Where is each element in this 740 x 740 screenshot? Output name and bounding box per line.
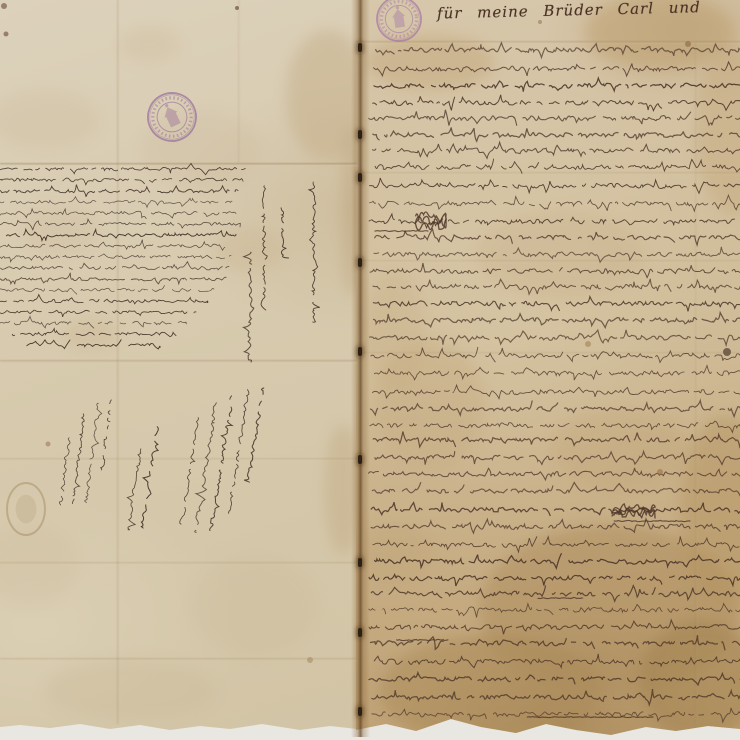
- fold-crease: [356, 41, 740, 44]
- stitch-mark: [358, 347, 362, 356]
- stain: [475, 210, 645, 300]
- stain: [550, 410, 690, 490]
- stain: [0, 90, 100, 150]
- fold-crease: [0, 458, 357, 461]
- stitch-mark: [358, 130, 362, 139]
- right-page: [356, 0, 740, 740]
- stitch-mark: [358, 628, 362, 637]
- fold-crease: [0, 562, 357, 565]
- stitch-mark: [358, 455, 362, 464]
- fold-crease: [356, 352, 740, 355]
- fold-crease: [695, 42, 698, 724]
- stain: [62, 319, 118, 351]
- fold-crease: [356, 172, 740, 175]
- stitch-mark: [358, 258, 362, 267]
- stain: [215, 228, 285, 272]
- stain: [695, 45, 740, 215]
- left-page: [0, 0, 357, 740]
- stitch-mark: [358, 707, 362, 716]
- stitch-mark: [358, 43, 362, 52]
- center-fold-crease: [351, 0, 370, 737]
- stain: [20, 205, 100, 255]
- stain: [190, 553, 320, 657]
- fold-crease: [0, 163, 357, 166]
- stain: [0, 523, 80, 607]
- stitch-mark: [358, 173, 362, 182]
- fold-crease: [0, 658, 357, 661]
- fold-crease: [356, 260, 740, 263]
- stain: [45, 660, 215, 720]
- fold-crease: [117, 0, 120, 724]
- stain: [140, 110, 260, 190]
- stain: [120, 27, 180, 63]
- fold-crease: [238, 0, 241, 163]
- stain: [380, 635, 600, 740]
- stitch-mark: [358, 558, 362, 567]
- manuscript-photo: für meine Brüder Carl und: [0, 0, 740, 740]
- fold-crease: [0, 360, 357, 363]
- stain: [365, 270, 425, 390]
